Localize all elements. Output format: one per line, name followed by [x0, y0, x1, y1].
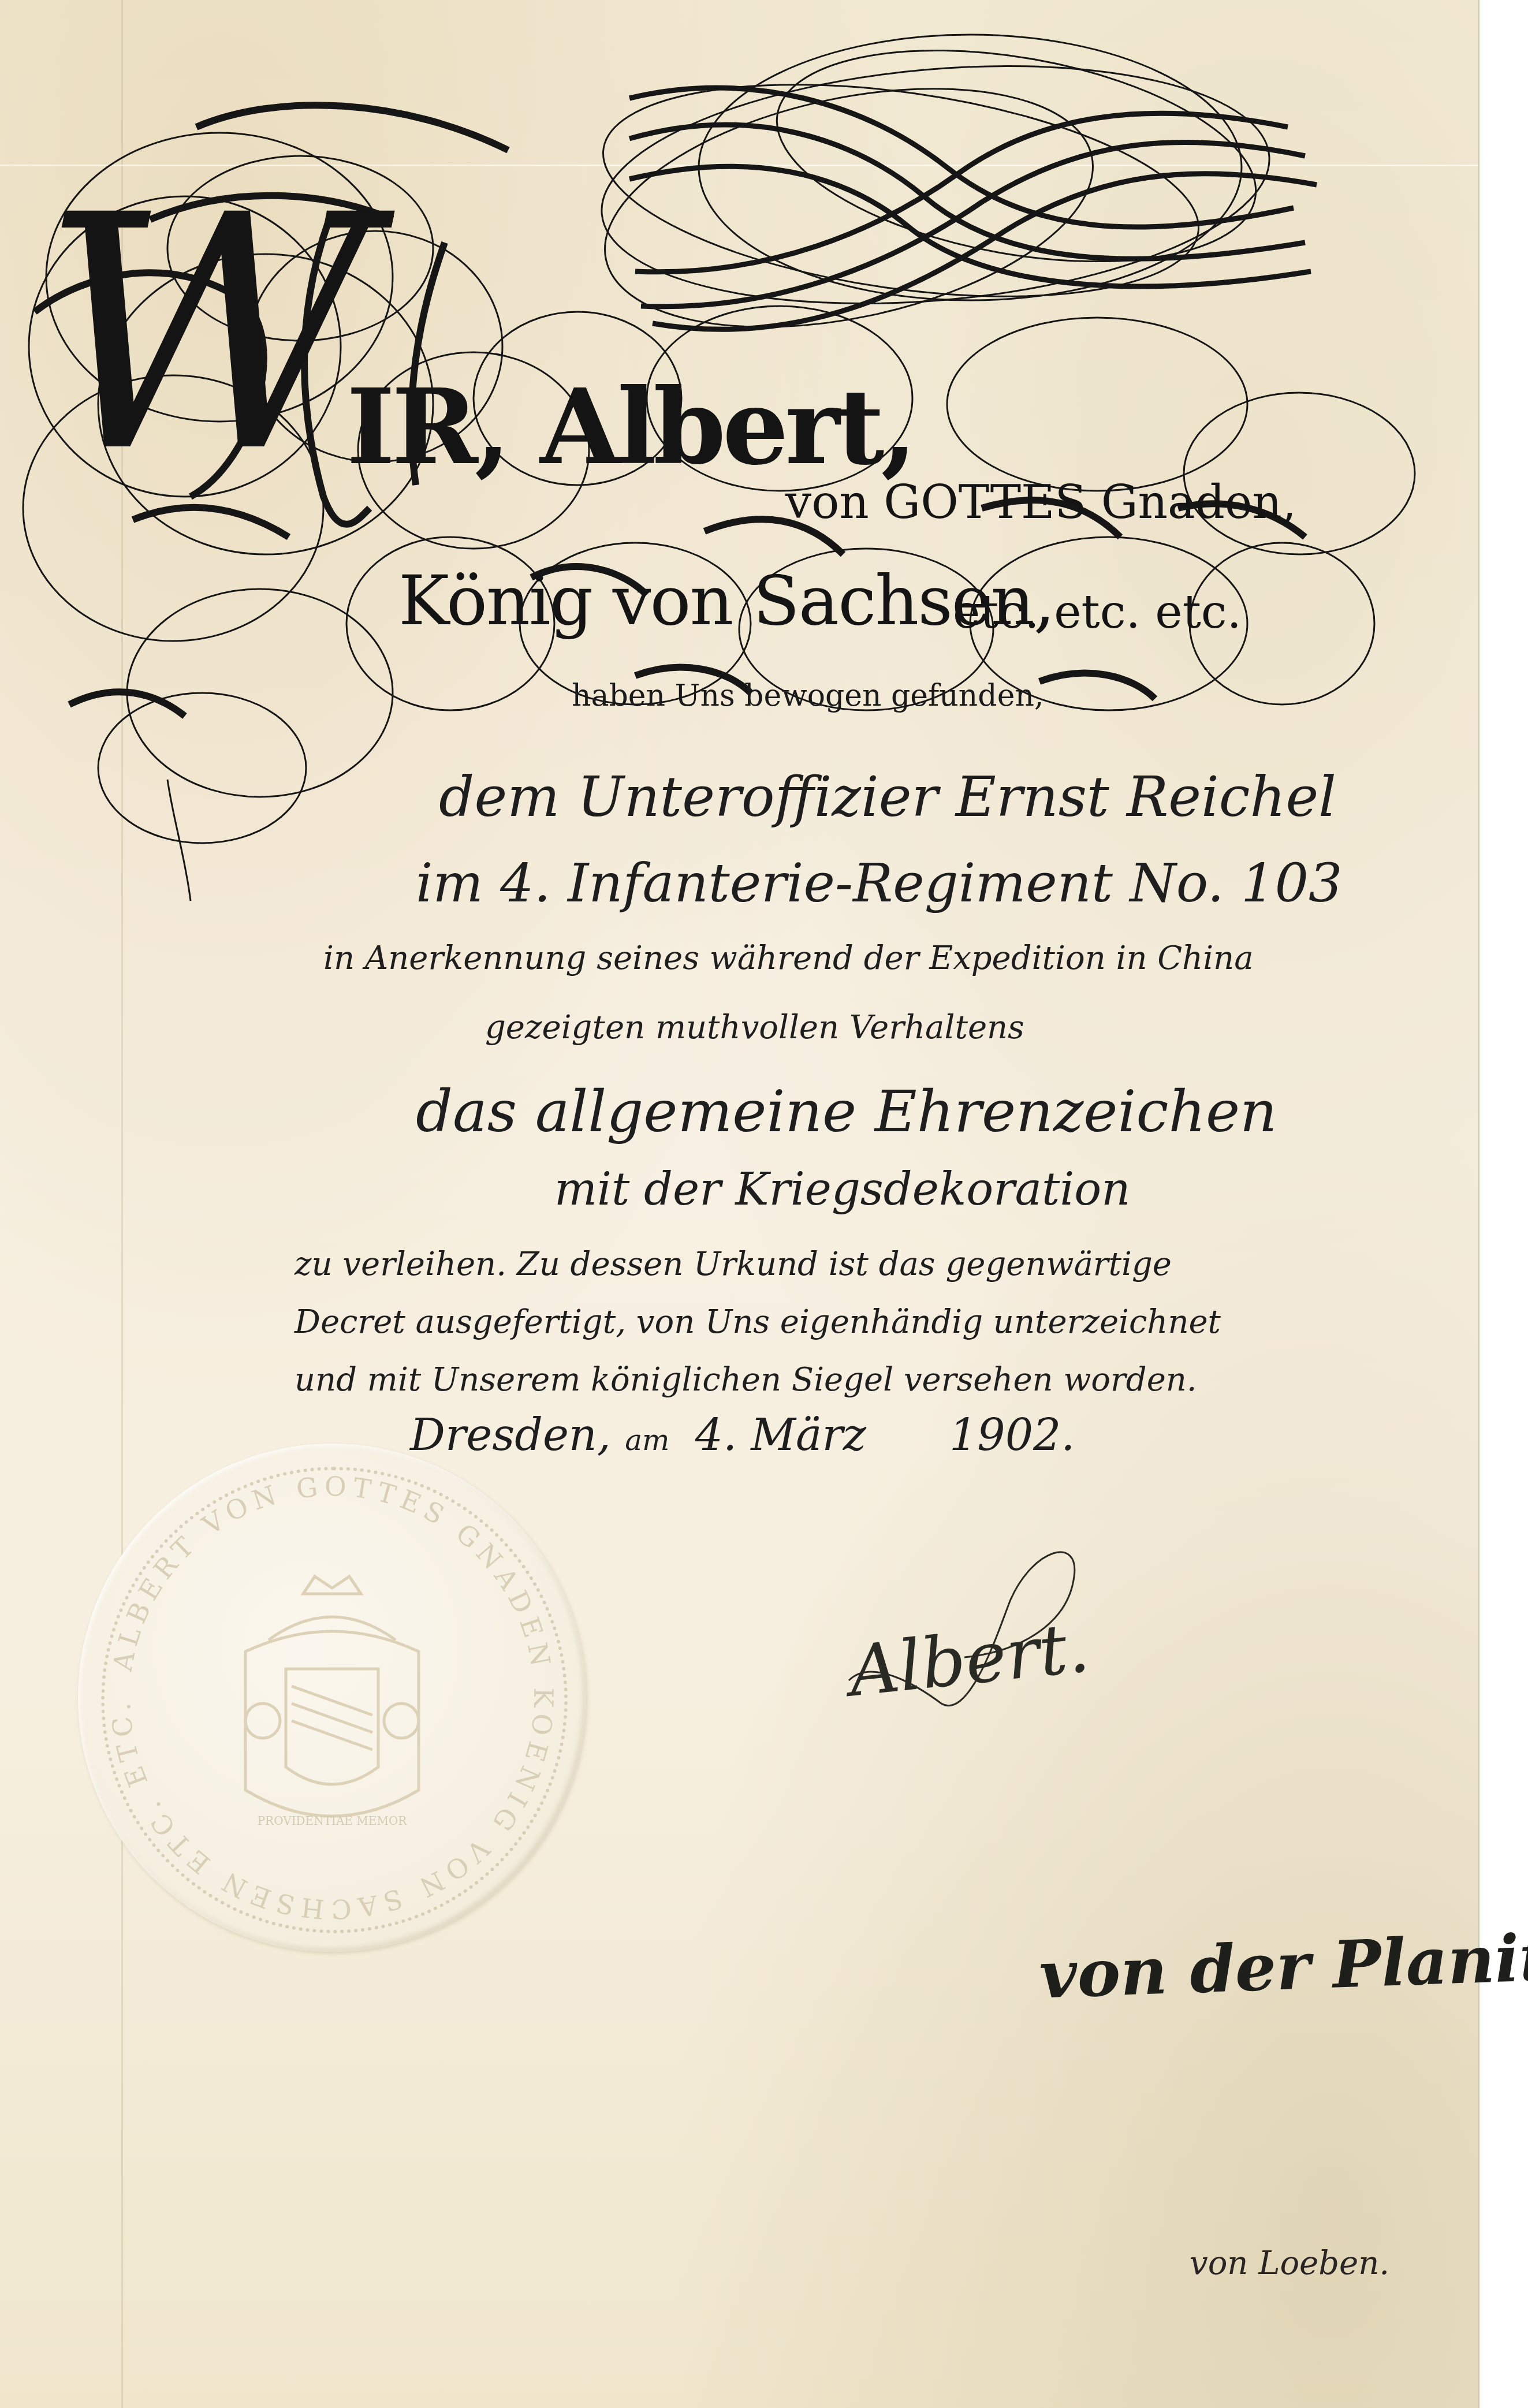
heading-initial: W [40, 173, 373, 497]
date-connector: am [625, 1423, 669, 1457]
svg-text:PROVIDENTIAE MEMOR: PROVIDENTIAE MEMOR [258, 1814, 408, 1828]
heading-etc: etc. etc. etc. [953, 583, 1242, 641]
signature-flourish-icon [826, 1513, 1172, 1732]
decoration-name: das allgemeine Ehrenzeichen [416, 1074, 1277, 1149]
embossed-royal-seal: ALBERT VON GOTTES GNADEN KOENIG VON SACH… [78, 1444, 586, 1952]
reason-line-2: gezeigten muthvollen Verhaltens [485, 1005, 1024, 1051]
regiment-line: im 4. Infanterie-Regiment No. 103 [416, 849, 1343, 918]
date-day: 4. [695, 1409, 737, 1460]
heading-subline: haben Uns bewogen gefunden, [572, 676, 1043, 716]
saxon-coat-of-arms-icon: PROVIDENTIAE MEMOR [234, 1571, 430, 1842]
closing-line-2: Decret ausgefertigt, von Uns eigenhändig… [295, 1299, 1221, 1345]
decoration-addition: mit der Kriegsdekoration [554, 1161, 1130, 1218]
reason-line-1: in Anerkennung seines während der Expedi… [323, 935, 1254, 982]
heading-grace-formula: von GOTTES Gnaden, [785, 474, 1296, 531]
date-year: 1902. [949, 1409, 1075, 1460]
signature-clerk: von Loeben. [1190, 2241, 1389, 2287]
heading-ruler-name: IR, Albert, [346, 370, 914, 485]
signature-von-der-planitz: von der Planitz [1038, 1914, 1528, 2019]
closing-line-1: zu verleihen. Zu dessen Urkund ist das g… [295, 1242, 1172, 1288]
closing-line-3: und mit Unserem königlichen Siegel verse… [295, 1357, 1197, 1403]
date-month: März [751, 1409, 866, 1460]
recipient-line: dem Unteroffizier Ernst Reichel [439, 762, 1336, 832]
document-paper: W IR, Albert, von GOTTES Gnaden, König v… [0, 0, 1479, 2408]
